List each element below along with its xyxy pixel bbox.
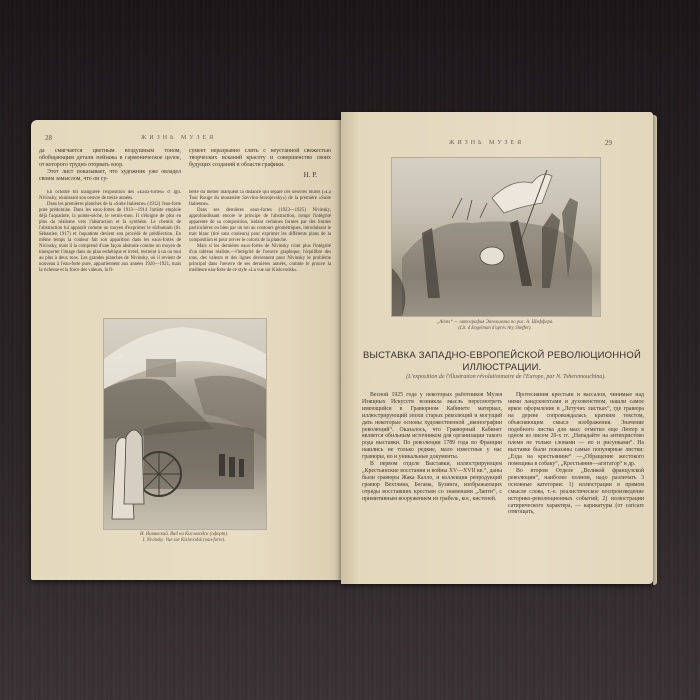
left-page: 28 ЖИЗНЬ МУЗЕЯ да смягчается цветным воз… xyxy=(31,120,341,580)
fr-summary-col2: berté du métier marquent la distance qui… xyxy=(189,190,331,300)
kislovodsk-etching-image: СССР xyxy=(103,318,267,530)
lithograph-artwork xyxy=(392,158,600,316)
ru-text-col2: сумеет неразрывно слить с неустанной све… xyxy=(189,148,331,188)
article-paragraph: Во втором Отделе „Великой французской ре… xyxy=(508,468,644,516)
ru-paragraph: да смягчается цветным воздушным тоном, о… xyxy=(39,148,181,169)
right-page-number: 29 xyxy=(605,139,612,147)
etching-artwork xyxy=(104,319,266,529)
fr-paragraph: berté du métier marquent la distance qui… xyxy=(189,190,331,208)
ru-paragraph: Этот лист показывает, что художник уже о… xyxy=(39,169,181,183)
left-page-number: 28 xyxy=(45,134,52,142)
lithograph-caption-fr: (Lit. d Engelman d'après Ary Sheffer). xyxy=(381,326,609,332)
etching-inscription: СССР xyxy=(110,355,123,360)
fr-summary-col1: En octobre fut inaugurée l'exposition de… xyxy=(39,190,181,300)
lithograph-caption: „Alons“ — литография Энгельмана по рис. … xyxy=(381,320,609,332)
article-paragraph: Протесияния крестьян и вассалов, чинимые… xyxy=(508,392,644,468)
article-col2: Протесияния крестьян и вассалов, чинимые… xyxy=(508,392,644,564)
fr-paragraph: Mais si les dernières eaux-fortes de Niv… xyxy=(189,244,331,274)
article-subtitle: (L'exposition de l'illustration révoluti… xyxy=(366,374,646,380)
fr-paragraph: En octobre fut inaugurée l'exposition de… xyxy=(39,190,181,202)
fr-paragraph: Dans ses dernières eaux-fortes (1923—192… xyxy=(189,208,331,244)
fr-paragraph: Dans les premières planches de la «Suite… xyxy=(39,202,181,274)
article-paragraph: Весной 1925 года у некоторых работников … xyxy=(362,392,502,461)
etching-caption-fr: I. Nivinsky. Vue sur Kislovodsk (eau-for… xyxy=(81,538,287,544)
article-paragraph: В первом отделе Выставки, иллюстрирующем… xyxy=(362,461,502,502)
article-col1: Весной 1925 года у некоторых работников … xyxy=(362,392,502,557)
ru-paragraph: сумеет неразрывно слить с неустанной све… xyxy=(189,148,331,169)
allons-lithograph-image xyxy=(391,157,601,317)
left-running-head: ЖИЗНЬ МУЗЕЯ xyxy=(141,135,216,141)
article-title: ВЫСТАВКА ЗАПАДНО-ЕВРОПЕЙСКОЙ РЕВОЛЮЦИОНН… xyxy=(362,350,642,374)
ru-text-col1: да смягчается цветным воздушным тоном, о… xyxy=(39,148,181,186)
author-signature: Н. Р. xyxy=(189,172,331,179)
page-stack-edge xyxy=(653,115,657,585)
etching-caption: И. Нивинский. Вид на Кисловодск (офорт).… xyxy=(81,532,287,544)
right-running-head: ЖИЗНЬ МУЗЕЯ xyxy=(449,140,524,146)
